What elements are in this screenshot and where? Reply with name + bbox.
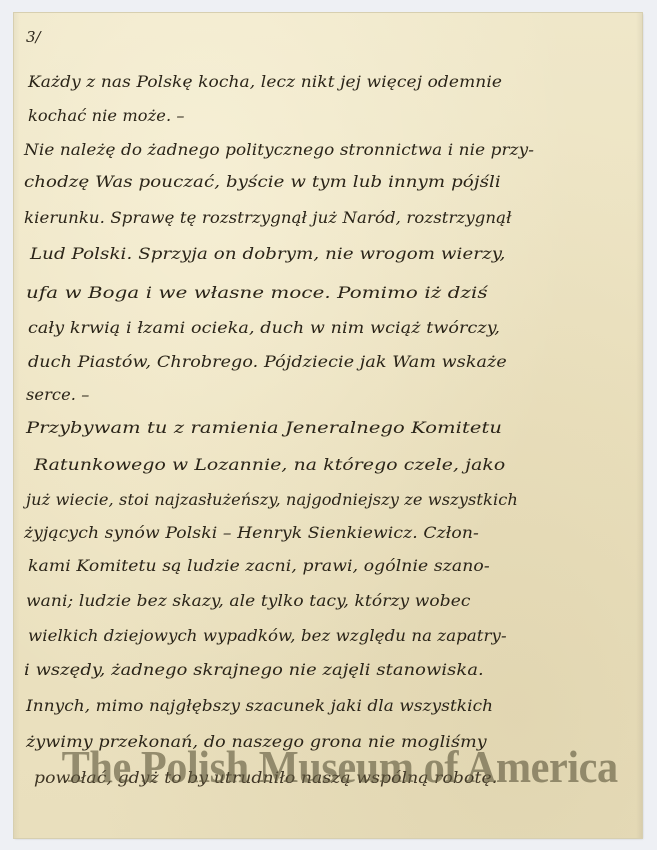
manuscript-line: chodzę Was pouczać, byście w tym lub inn… (24, 172, 501, 191)
manuscript-line: żywimy przekonań, do naszego grona nie m… (26, 732, 487, 751)
manuscript-line: żyjących synów Polski – Henryk Sienkiewi… (24, 523, 479, 542)
manuscript-line: i wszędy, żadnego skrajnego nie zajęli s… (24, 660, 484, 679)
manuscript-line: powołać, gdyż to by utrudniło naszą wspó… (34, 768, 497, 787)
manuscript-line: Innych, mimo najgłębszy szacunek jaki dl… (26, 696, 493, 715)
manuscript-line: kami Komitetu są ludzie zacni, prawi, og… (28, 556, 490, 575)
page-number: 3/ (26, 28, 41, 46)
manuscript-line: wani; ludzie bez skazy, ale tylko tacy, … (26, 591, 470, 610)
manuscript-line: Ratunkowego w Lozannie, na którego czele… (34, 455, 505, 474)
manuscript-line: już wiecie, stoi najzasłużeńszy, najgodn… (26, 490, 518, 509)
manuscript-line: kierunku. Sprawę tę rozstrzygnął już Nar… (24, 208, 512, 227)
manuscript-line: duch Piastów, Chrobrego. Pójdziecie jak … (28, 352, 507, 371)
manuscript-line: Każdy z nas Polskę kocha, lecz nikt jej … (28, 72, 502, 91)
manuscript-line: Lud Polski. Sprzyja on dobrym, nie wrogo… (30, 244, 506, 263)
manuscript-line: Nie należę do żadnego politycznego stron… (24, 140, 534, 159)
manuscript-line: serce. – (26, 385, 89, 404)
manuscript-line: Przybywam tu z ramienia Jeneralnego Komi… (26, 418, 502, 437)
manuscript-line: kochać nie może. – (28, 106, 185, 125)
manuscript-line: wielkich dziejowych wypadków, bez względ… (28, 626, 507, 645)
manuscript-line: cały krwią i łzami ocieka, duch w nim wc… (28, 318, 500, 337)
manuscript-line: ufa w Boga i we własne moce. Pomimo iż d… (26, 283, 488, 302)
